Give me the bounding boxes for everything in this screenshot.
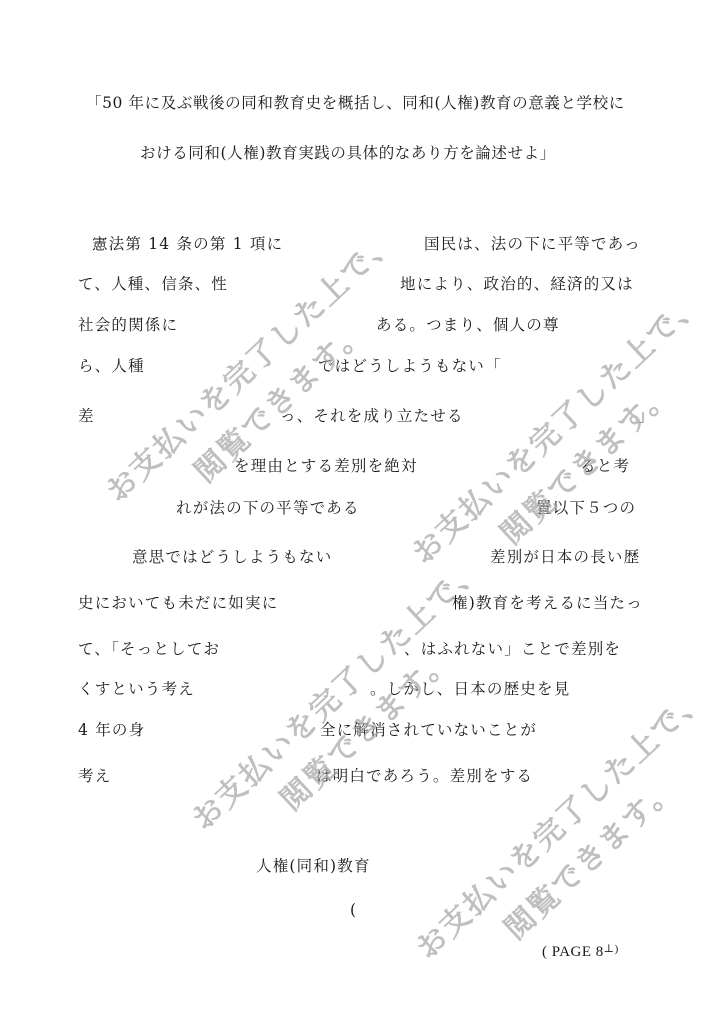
essay-text-fragment: 考え — [78, 766, 111, 786]
essay-prompt-line-1: 「50 年に及ぶ戦後の同和教育史を概括し、同和(人権)教育の意義と学校に — [86, 93, 625, 113]
essay-text-fragment: 国民は、法の下に平等であっ — [424, 234, 641, 254]
essay-text-fragment: 史においても未だに如実に — [78, 593, 278, 613]
watermark-line-1: お支払いを完了した上で、 — [404, 674, 714, 968]
watermark: お支払いを完了した上で、 閲覧できます。 — [94, 217, 436, 544]
essay-text-fragment: 差別が日本の長い歴 — [490, 547, 640, 567]
page-number-suffix: ⊥) — [604, 943, 619, 955]
essay-text-fragment: っ、それを成り立たせる — [280, 406, 464, 426]
essay-text-fragment: 」 — [638, 406, 655, 426]
essay-text-fragment: ら、人種 — [78, 356, 145, 376]
essay-text-fragment: を理由とする差別を絶対 — [234, 456, 418, 476]
essay-text-fragment: 意思ではどうしようもない — [132, 547, 332, 567]
essay-prompt-line-2: おける同和(人権)教育実践の具体的なあり方を論述せよ」 — [140, 143, 556, 163]
essay-text-fragment: 憲法第 14 条の第 1 項に — [92, 234, 283, 254]
essay-text-fragment: ると考 — [580, 456, 630, 476]
watermark-line-2: 閲覧できます。 — [492, 707, 725, 947]
essay-text-fragment: 全に解消されていないことが — [320, 720, 537, 740]
page-number-label: ( PAGE 8 — [542, 944, 604, 960]
essay-text-fragment: 地により、政治的、経済的又は — [400, 274, 634, 294]
essay-text-fragment: 社会的関係に — [78, 315, 178, 335]
page-number: ( PAGE 8⊥) — [542, 942, 619, 961]
document-page: 「50 年に及ぶ戦後の同和教育史を概括し、同和(人権)教育の意義と学校に おける… — [0, 0, 725, 1024]
essay-text-fragment: 置以下５つの — [536, 498, 636, 518]
essay-text-fragment: 。しかし、日本の歴史を見 — [370, 679, 570, 699]
essay-text-fragment: れが法の下の平等である — [176, 498, 360, 518]
essay-text-fragment: 、はふれない」ことで差別を — [404, 639, 621, 659]
essay-text-fragment: 4 年の身 — [78, 720, 145, 740]
essay-text-fragment: ある。つまり、個人の尊 — [376, 315, 560, 335]
essay-text-fragment: くすという考え — [78, 679, 195, 699]
essay-text-fragment: ではどうしようもない「 — [318, 356, 502, 376]
essay-text-fragment: は明白であろう。差別をする — [316, 766, 533, 786]
essay-text-fragment: て、「そっとしてお — [78, 639, 220, 659]
essay-text-fragment: ( — [350, 900, 357, 920]
essay-text-fragment: 人権(同和)教育 — [256, 856, 371, 876]
essay-text-fragment: て、人種、信条、性 — [78, 274, 228, 294]
essay-text-fragment: 権)教育を考えるに当たっ — [452, 593, 643, 613]
essay-text-fragment: 差 — [78, 406, 95, 426]
